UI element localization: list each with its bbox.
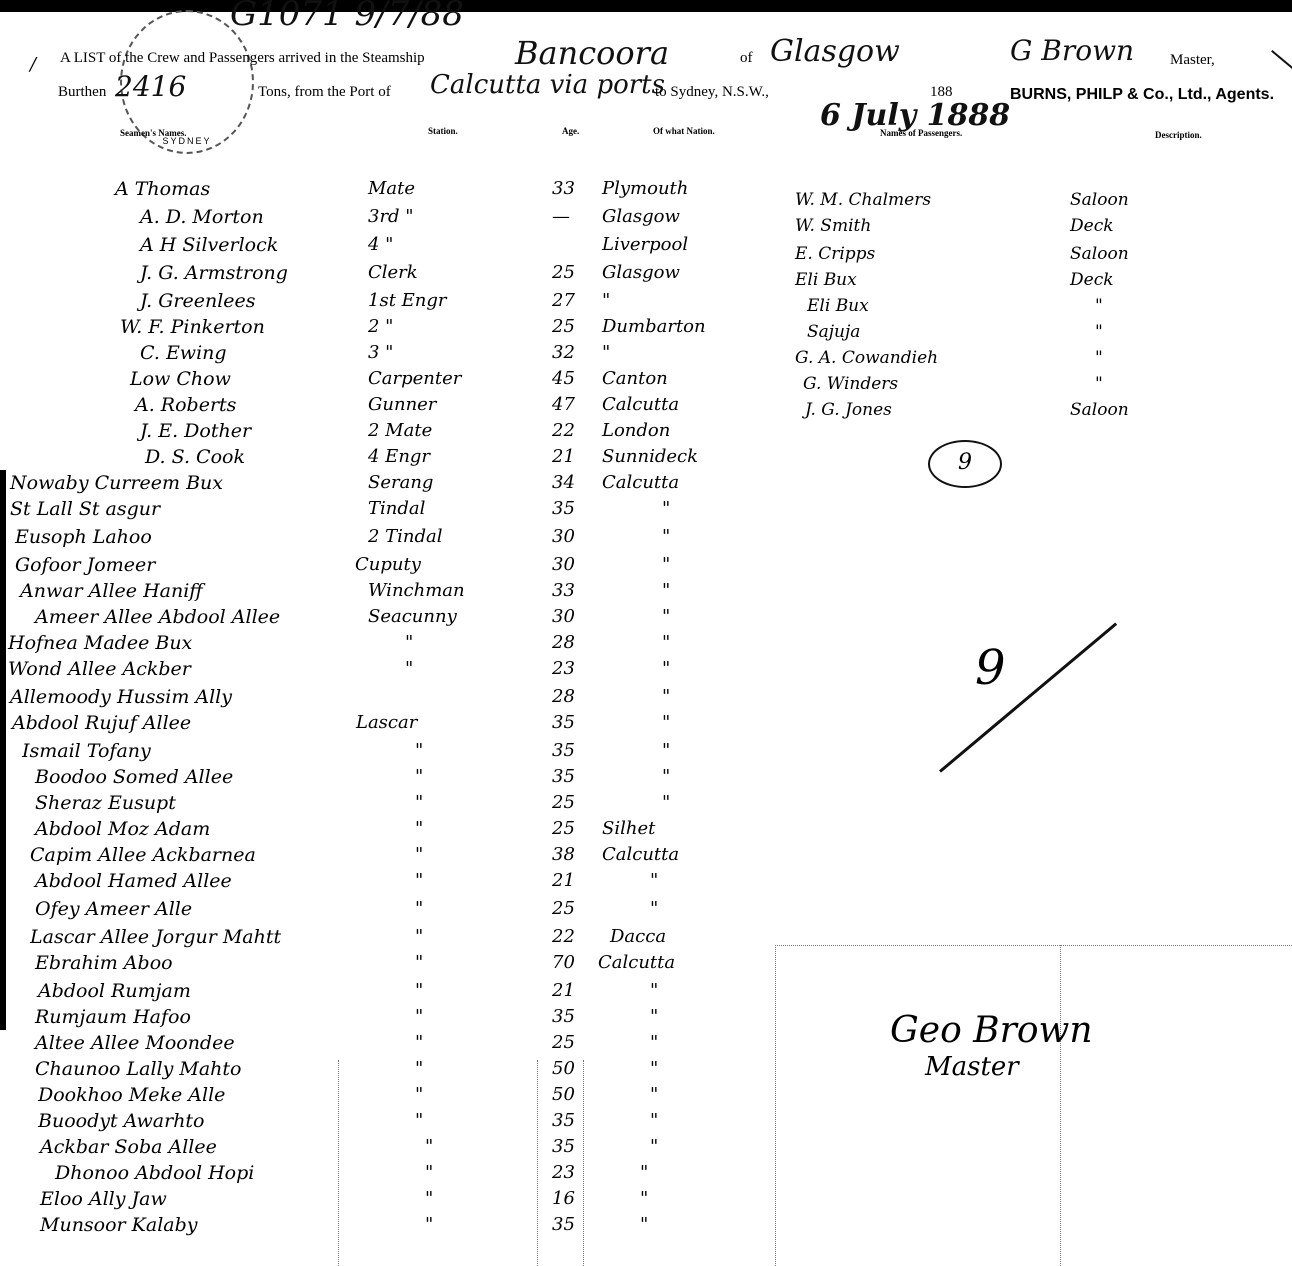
passenger-count-circled: 9 [928,440,1002,488]
crew-name: Abdool Moz Adam [35,818,210,840]
passenger-row: W. M. ChalmersSaloon [795,190,1195,216]
crew-nation: " [650,898,658,919]
crew-nation: " [640,1188,648,1209]
crew-name: Rumjaum Hafoo [35,1006,191,1028]
crew-row: Abdool Hamed Allee"21" [0,870,780,896]
passenger-description: " [1095,322,1103,342]
frame-line [775,945,1292,946]
crew-name: Wond Allee Ackber [8,658,191,680]
crew-name: J. E. Dother [140,420,251,442]
crew-nation: " [650,1084,658,1105]
crew-nation: Sunnideck [602,446,698,467]
crew-station: 2 Tindal [368,526,443,547]
crew-nation: " [662,526,670,547]
crew-age: 35 [552,1110,575,1131]
crew-station: " [415,766,423,787]
passenger-name: E. Cripps [795,244,875,264]
crew-nation: London [602,420,670,441]
crew-name: A. Roberts [135,394,236,416]
crew-nation: " [650,1110,658,1131]
crew-station: " [415,740,423,761]
crew-station: 2 " [368,316,393,337]
crew-age: 47 [552,394,575,415]
crew-station: Clerk [368,262,418,283]
crew-row: Sheraz Eusupt"25" [0,792,780,818]
passenger-name: Eli Bux [807,296,869,316]
crew-row: C. Ewing3 "32" [0,342,780,368]
passenger-name: G. Winders [803,374,898,394]
from-port: Calcutta via ports [430,70,665,100]
reference-note: G1071 9/7/88 [230,0,464,34]
crew-row: Chaunoo Lally Mahto"50" [0,1058,780,1084]
crew-nation: Glasgow [602,262,680,283]
crew-name: Dookhoo Meke Alle [38,1084,225,1106]
crew-station: " [415,870,423,891]
crew-station: Gunner [368,394,436,415]
crew-row: A ThomasMate33Plymouth [0,178,780,204]
crew-row: Hofnea Madee Bux"28" [0,632,780,658]
col-passenger-names: Names of Passengers. [880,128,962,138]
crew-station: " [425,1214,433,1235]
passenger-row: G. A. Cowandieh" [795,348,1195,374]
crew-age: 35 [552,712,575,733]
crew-nation: Glasgow [602,206,680,227]
crew-row: Capim Allee Ackbarnea"38Calcutta [0,844,780,870]
passenger-row: Eli Bux" [795,296,1195,322]
crew-station: Seacunny [368,606,457,627]
passenger-name: W. Smith [795,216,871,236]
passenger-name: W. M. Chalmers [795,190,931,210]
crew-station: 4 " [368,234,393,255]
crew-name: Buoodyt Awarhto [38,1110,205,1132]
passenger-description: Deck [1070,216,1114,236]
crew-nation: " [650,1006,658,1027]
crew-nation: " [602,342,610,363]
crew-name: Chaunoo Lally Mahto [35,1058,241,1080]
crew-nation: Canton [602,368,668,389]
frame-line [583,1060,584,1266]
crew-name: Abdool Rumjam [38,980,191,1002]
crew-age: 25 [552,316,575,337]
crew-station: Mate [368,178,415,199]
crew-nation: " [662,686,670,707]
crew-name: Capim Allee Ackbarnea [30,844,256,866]
crew-name: A H Silverlock [140,234,278,256]
crew-row: Munsoor Kalaby"35" [0,1214,780,1240]
burthen-value: 2416 [115,70,186,103]
crew-row: Gofoor JomeerCuputy30" [0,554,780,580]
passenger-description: Deck [1070,270,1114,290]
crew-nation: " [662,580,670,601]
crew-station: " [415,980,423,1001]
crew-age: 16 [552,1188,575,1209]
crew-age: 25 [552,792,575,813]
crew-age: 25 [552,818,575,839]
crew-station: Cuputy [355,554,421,575]
frame-line [537,1060,538,1266]
crew-station: 2 Mate [368,420,432,441]
passenger-row: Eli BuxDeck [795,270,1195,296]
crew-nation: " [662,554,670,575]
crew-station: " [405,658,413,679]
col-age: Age. [562,126,579,136]
crew-age: 34 [552,472,575,493]
passenger-description: Saloon [1070,244,1129,264]
crew-nation: " [662,632,670,653]
agents-label: BURNS, PHILP & Co., Ltd., Agents. [1010,86,1274,104]
crew-name: Sheraz Eusupt [35,792,176,814]
crew-station: 3rd " [368,206,414,227]
crew-name: Boodoo Somed Allee [35,766,233,788]
col-seamen-names: Seamen's Names. [120,128,187,138]
crew-row: J. G. ArmstrongClerk25Glasgow [0,262,780,288]
crew-nation: " [662,658,670,679]
crew-nation: Calcutta [598,952,675,973]
crew-name: Ameer Allee Abdool Allee [35,606,280,628]
crew-nation: Silhet [602,818,655,839]
crew-station: " [415,1110,423,1131]
to-sydney-label: to Sydney, N.S.W., [655,84,769,101]
crew-name: Abdool Hamed Allee [35,870,232,892]
crew-row: Rumjaum Hafoo"35" [0,1006,780,1032]
crew-nation: " [662,606,670,627]
crew-age: 33 [552,580,575,601]
crew-name: Eusoph Lahoo [15,526,152,548]
crew-station: " [405,632,413,653]
ship-name: Bancoora [515,34,669,72]
crew-age: 23 [552,658,575,679]
crew-station: 3 " [368,342,393,363]
crew-name: Nowaby Curreem Bux [10,472,223,494]
passenger-row: G. Winders" [795,374,1195,400]
frame-line [775,945,776,1266]
crew-station: " [415,792,423,813]
crew-name: Hofnea Madee Bux [8,632,192,654]
crew-station: " [415,1006,423,1027]
crew-name: A Thomas [115,178,210,200]
passenger-row: Sajuja" [795,322,1195,348]
crew-name: Low Chow [130,368,231,390]
passenger-description: Saloon [1070,400,1129,420]
crew-age: 25 [552,1032,575,1053]
crew-nation: " [640,1214,648,1235]
crew-age: 33 [552,178,575,199]
crew-nation: Dacca [610,926,666,947]
crew-age: 21 [552,446,575,467]
master-name: G Brown [1010,34,1134,67]
crew-station: " [415,952,423,973]
crew-row: Ebrahim Aboo"70Calcutta [0,952,780,978]
crew-name: Allemoody Hussim Ally [10,686,232,708]
home-port: Glasgow [770,34,900,69]
crew-name: Ackbar Soba Allee [40,1136,217,1158]
crew-row: Ismail Tofany"35" [0,740,780,766]
crew-age: 27 [552,290,575,311]
master-label: Master, [1170,52,1215,69]
passenger-description: " [1095,374,1103,394]
crew-station: Tindal [368,498,425,519]
crew-name: J. Greenlees [140,290,256,312]
crew-row: Eloo Ally Jaw"16" [0,1188,780,1214]
crew-row: Eusoph Lahoo2 Tindal30" [0,526,780,552]
crew-row: Wond Allee Ackber"23" [0,658,780,684]
crew-age: 32 [552,342,575,363]
crew-station: Serang [368,472,433,493]
crew-row: Ameer Allee Abdool AlleeSeacunny30" [0,606,780,632]
col-station: Station. [428,126,458,136]
crew-station: " [415,1084,423,1105]
crew-age: 35 [552,498,575,519]
crew-age: 50 [552,1058,575,1079]
crew-station: " [415,844,423,865]
crew-row: J. E. Dother2 Mate22London [0,420,780,446]
frame-line [338,1060,339,1266]
crew-row: Low ChowCarpenter45Canton [0,368,780,394]
crew-station: " [415,818,423,839]
crew-row: Abdool Moz Adam"25Silhet [0,818,780,844]
crew-station: " [425,1188,433,1209]
crew-nation: " [602,290,610,311]
margin-mark: / [30,54,36,75]
crew-age: 50 [552,1084,575,1105]
crew-station: 1st Engr [368,290,447,311]
crew-nation: Liverpool [602,234,688,255]
crew-row: A H Silverlock4 "Liverpool [0,234,780,260]
crew-name: Munsoor Kalaby [40,1214,198,1236]
crew-name: C. Ewing [140,342,227,364]
crew-name: Gofoor Jomeer [15,554,155,576]
passenger-name: J. G. Jones [805,400,892,420]
crew-station: " [415,926,423,947]
crew-row: Boodoo Somed Allee"35" [0,766,780,792]
crew-name: Abdool Rujuf Allee [12,712,191,734]
crew-station: Winchman [368,580,465,601]
tons-label: Tons, from the Port of [258,84,391,101]
crew-row: St Lall St asgurTindal35" [0,498,780,524]
passenger-name: Sajuja [807,322,860,342]
crew-nation: Calcutta [602,394,679,415]
crew-station: Lascar [356,712,417,733]
burthen-label: Burthen [58,84,106,101]
crew-name: W. F. Pinkerton [120,316,265,338]
crew-nation: " [650,1058,658,1079]
crew-age: 22 [552,420,575,441]
crew-nation: " [662,766,670,787]
crew-nation: " [640,1162,648,1183]
crew-station: 4 Engr [368,446,430,467]
crew-nation: Dumbarton [602,316,706,337]
crew-age: 35 [552,1136,575,1157]
corner-mark [1271,50,1292,72]
crew-nation: Calcutta [602,472,679,493]
crew-row: Dhonoo Abdool Hopi"23" [0,1162,780,1188]
crew-age: 35 [552,1214,575,1235]
frame-line [1060,945,1061,1266]
crew-row: Abdool Rujuf AlleeLascar35" [0,712,780,738]
crew-name: Anwar Allee Haniff [20,580,203,602]
passenger-row: J. G. JonesSaloon [795,400,1195,426]
crew-age: — [552,206,570,227]
crew-station: " [425,1136,433,1157]
crew-name: Ebrahim Aboo [35,952,173,974]
crew-station: " [415,1058,423,1079]
crew-row: Altee Allee Moondee"25" [0,1032,780,1058]
crew-name: Lascar Allee Jorgur Mahtt [30,926,281,948]
crew-age: 35 [552,766,575,787]
crew-age: 22 [552,926,575,947]
crew-age: 30 [552,606,575,627]
crew-nation: " [650,870,658,891]
crew-nation: Plymouth [602,178,688,199]
crew-row: Abdool Rumjam"21" [0,980,780,1006]
crew-age: 28 [552,686,575,707]
crew-row: D. S. Cook4 Engr21Sunnideck [0,446,780,472]
crew-nation: " [662,498,670,519]
crew-age: 28 [552,632,575,653]
crew-age: 25 [552,262,575,283]
crew-row: W. F. Pinkerton2 "25Dumbarton [0,316,780,342]
crew-age: 35 [552,1006,575,1027]
tally-slash [939,623,1117,773]
crew-row: Buoodyt Awarhto"35" [0,1110,780,1136]
master-signature: Geo Brown [890,1010,1093,1051]
crew-name: St Lall St asgur [10,498,160,520]
crew-row: Nowaby Curreem BuxSerang34Calcutta [0,472,780,498]
crew-name: D. S. Cook [145,446,245,468]
col-description: Description. [1155,130,1202,140]
passenger-row: W. SmithDeck [795,216,1195,242]
crew-nation: " [650,980,658,1001]
header-line-1-label: A LIST of the Crew and Passengers arrive… [60,50,425,67]
crew-age: 45 [552,368,575,389]
crew-name: Eloo Ally Jaw [40,1188,167,1210]
crew-name: A. D. Morton [140,206,264,228]
crew-age: 35 [552,740,575,761]
crew-row: Allemoody Hussim Ally28" [0,686,780,712]
crew-station: " [425,1162,433,1183]
col-nation: Of what Nation. [653,126,715,136]
crew-age: 23 [552,1162,575,1183]
master-title: Master [925,1052,1019,1082]
of-label: of [740,50,753,67]
crew-age: 30 [552,526,575,547]
passenger-name: G. A. Cowandieh [795,348,938,368]
crew-name: Dhonoo Abdool Hopi [55,1162,254,1184]
crew-age: 70 [552,952,575,973]
crew-row: Ofey Ameer Alle"25" [0,898,780,924]
crew-row: Lascar Allee Jorgur Mahtt"22Dacca [0,926,780,952]
tally-mark: 9 [975,640,1006,696]
crew-row: J. Greenlees1st Engr27" [0,290,780,316]
crew-age: 21 [552,870,575,891]
crew-age: 38 [552,844,575,865]
crew-row: A. RobertsGunner47Calcutta [0,394,780,420]
crew-nation: Calcutta [602,844,679,865]
crew-name: J. G. Armstrong [140,262,288,284]
crew-age: 30 [552,554,575,575]
passenger-row: E. CrippsSaloon [795,244,1195,270]
crew-station: " [415,898,423,919]
crew-station: " [415,1032,423,1053]
passenger-description: " [1095,348,1103,368]
passenger-name: Eli Bux [795,270,857,290]
passenger-description: Saloon [1070,190,1129,210]
crew-age: 21 [552,980,575,1001]
crew-name: Ismail Tofany [22,740,151,762]
crew-row: Anwar Allee HaniffWinchman33" [0,580,780,606]
crew-age: 25 [552,898,575,919]
crew-name: Altee Allee Moondee [35,1032,235,1054]
crew-row: A. D. Morton3rd "—Glasgow [0,206,780,232]
crew-name: Ofey Ameer Alle [35,898,192,920]
crew-nation: " [662,740,670,761]
crew-station: Carpenter [368,368,461,389]
crew-row: Ackbar Soba Allee"35" [0,1136,780,1162]
crew-nation: " [650,1136,658,1157]
passenger-description: " [1095,296,1103,316]
crew-nation: " [662,792,670,813]
crew-row: Dookhoo Meke Alle"50" [0,1084,780,1110]
crew-nation: " [662,712,670,733]
crew-nation: " [650,1032,658,1053]
